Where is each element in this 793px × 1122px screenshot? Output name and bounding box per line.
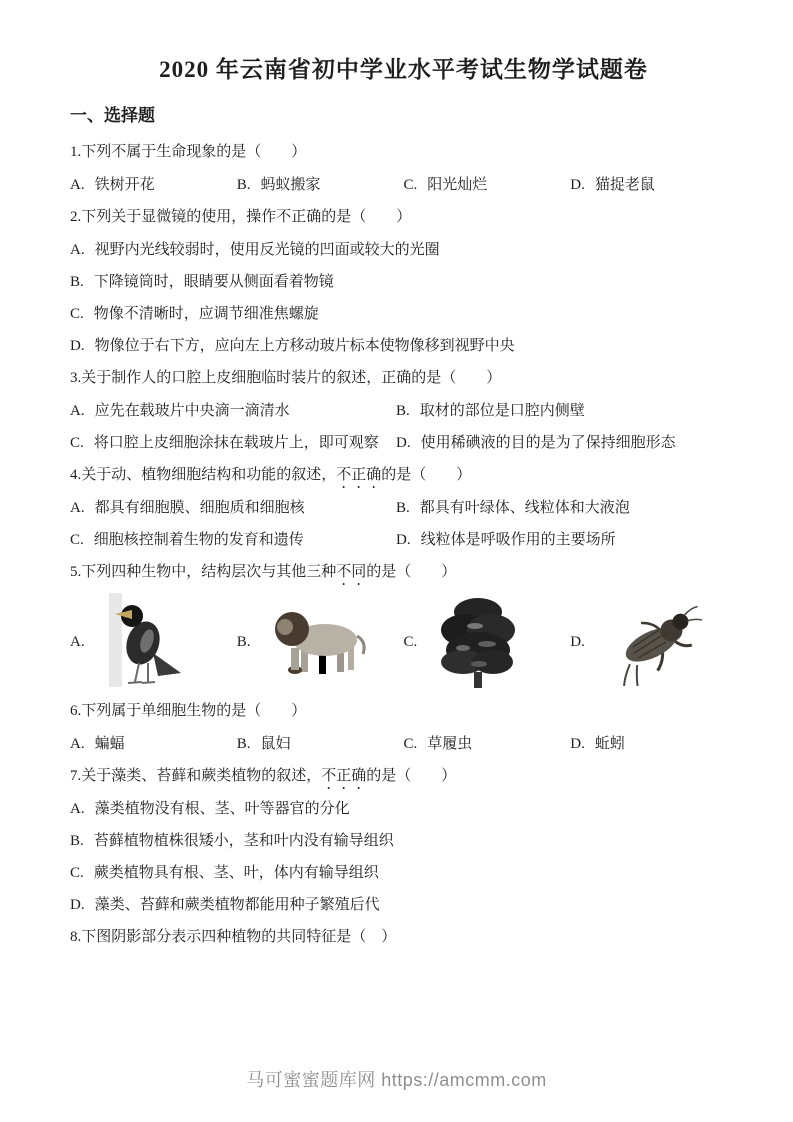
question-5-number: 5. <box>70 564 81 580</box>
question-2: 2.下列关于显微镜的使用，操作不正确的是（ ） <box>70 201 737 234</box>
question-1-option-b: B.蚂蚁搬家 <box>237 169 404 201</box>
question-2-options: A.视野内光线较弱时，使用反光镜的凹面或较大的光圈 B.下降镜筒时，眼睛要从侧面… <box>70 234 737 362</box>
question-1-option-a: A.铁树开花 <box>70 169 237 201</box>
question-4-option-c: C.细胞核控制着生物的发育和遗传 <box>70 524 396 556</box>
question-2-option-b: B.下降镜筒时，眼睛要从侧面看着物镜 <box>70 266 737 298</box>
question-3-option-b: B.取材的部位是口腔内侧壁 <box>396 395 737 427</box>
question-7-option-b: B.苔藓植物植株很矮小，茎和叶内没有输导组织 <box>70 825 737 857</box>
page-title: 2020 年云南省初中学业水平考试生物学试题卷 <box>70 54 737 86</box>
question-3-option-a: A.应先在载玻片中央滴一滴清水 <box>70 395 396 427</box>
question-7-option-d: D.藻类、苔藓和蕨类植物都能用种子繁殖后代 <box>70 889 737 921</box>
question-2-option-d: D.物像位于右下方，应向左上方移动玻片标本使物像移到视野中央 <box>70 330 737 362</box>
question-2-option-c: C.物像不清晰时，应调节细准焦螺旋 <box>70 298 737 330</box>
question-7-option-c: C.蕨类植物具有根、茎、叶，体内有输导组织 <box>70 857 737 889</box>
question-6-number: 6. <box>70 703 81 719</box>
insect-image <box>603 598 711 686</box>
question-8: 8.下图阴影部分表示四种植物的共同特征是（ ） <box>70 921 737 954</box>
exam-paper-page: 2020 年云南省初中学业水平考试生物学试题卷 一、选择题 1.下列不属于生命现… <box>0 0 793 1122</box>
question-1-text: 下列不属于生命现象的是（ ） <box>81 144 306 160</box>
tree-image <box>435 592 521 692</box>
question-6-option-b: B.鼠妇 <box>237 728 404 760</box>
question-5-options: A. B. <box>70 589 737 695</box>
question-6-option-a: A.蝙蝠 <box>70 728 237 760</box>
question-4-options: A.都具有细胞膜、细胞质和细胞核 B.都具有叶绿体、线粒体和大液泡 C.细胞核控… <box>70 492 737 556</box>
question-1: 1.下列不属于生命现象的是（ ） <box>70 136 737 169</box>
question-1-number: 1. <box>70 144 81 160</box>
bird-image <box>103 593 185 691</box>
question-5-option-c: C. <box>404 592 571 692</box>
question-4-option-d: D.线粒体是呼吸作用的主要场所 <box>396 524 737 556</box>
question-4: 4.关于动、植物细胞结构和功能的叙述，不正确的是（ ） <box>70 459 737 492</box>
question-6: 6.下列属于单细胞生物的是（ ） <box>70 695 737 728</box>
lion-image <box>269 602 369 682</box>
question-4-option-a: A.都具有细胞膜、细胞质和细胞核 <box>70 492 396 524</box>
watermark-footer: 马可蜜蜜题库网 https://amcmm.com <box>0 1066 793 1092</box>
question-6-text: 下列属于单细胞生物的是（ ） <box>81 703 306 719</box>
question-2-option-a: A.视野内光线较弱时，使用反光镜的凹面或较大的光圈 <box>70 234 737 266</box>
question-5-option-d: D. <box>570 598 737 686</box>
question-1-options: A.铁树开花 B.蚂蚁搬家 C.阳光灿烂 D.猫捉老鼠 <box>70 169 737 201</box>
question-6-option-d: D.蚯蚓 <box>570 728 737 760</box>
question-7-number: 7. <box>70 768 81 784</box>
question-8-number: 8. <box>70 929 81 945</box>
question-1-option-c: C.阳光灿烂 <box>404 169 571 201</box>
question-4-option-b: B.都具有叶绿体、线粒体和大液泡 <box>396 492 737 524</box>
question-3-number: 3. <box>70 370 81 386</box>
question-5: 5.下列四种生物中，结构层次与其他三种不同的是（ ） <box>70 556 737 589</box>
question-6-options: A.蝙蝠 B.鼠妇 C.草履虫 D.蚯蚓 <box>70 728 737 760</box>
section-heading: 一、选择题 <box>70 102 737 130</box>
question-5-option-b: B. <box>237 602 404 682</box>
question-7-options: A.藻类植物没有根、茎、叶等器官的分化 B.苔藓植物植株很矮小，茎和叶内没有输导… <box>70 793 737 921</box>
question-5-emphasized-text: 不同 <box>336 564 366 580</box>
exam-content: 2020 年云南省初中学业水平考试生物学试题卷 一、选择题 1.下列不属于生命现… <box>0 0 793 954</box>
question-3: 3.关于制作人的口腔上皮细胞临时装片的叙述，正确的是（ ） <box>70 362 737 395</box>
question-2-text: 下列关于显微镜的使用，操作不正确的是（ ） <box>81 209 411 225</box>
question-7-option-a: A.藻类植物没有根、茎、叶等器官的分化 <box>70 793 737 825</box>
question-1-option-d: D.猫捉老鼠 <box>570 169 737 201</box>
question-5-text: 下列四种生物中，结构层次与其他三种 <box>81 564 336 580</box>
question-7-emphasized-text: 不正确 <box>321 768 366 784</box>
question-5-option-a: A. <box>70 593 237 691</box>
question-7-text: 关于藻类、苔藓和蕨类植物的叙述， <box>81 768 321 784</box>
question-4-text: 关于动、植物细胞结构和功能的叙述， <box>81 467 336 483</box>
question-4-number: 4. <box>70 467 81 483</box>
question-3-option-c: C.将口腔上皮细胞涂抹在载玻片上，即可观察 <box>70 427 396 459</box>
question-3-option-d: D.使用稀碘液的目的是为了保持细胞形态 <box>396 427 737 459</box>
question-3-text: 关于制作人的口腔上皮细胞临时装片的叙述，正确的是（ ） <box>81 370 501 386</box>
question-4-emphasized-text: 不正确 <box>336 467 381 483</box>
question-7: 7.关于藻类、苔藓和蕨类植物的叙述，不正确的是（ ） <box>70 760 737 793</box>
question-6-option-c: C.草履虫 <box>404 728 571 760</box>
question-8-text: 下图阴影部分表示四种植物的共同特征是（ ） <box>81 929 396 945</box>
question-2-number: 2. <box>70 209 81 225</box>
question-3-options: A.应先在载玻片中央滴一滴清水 B.取材的部位是口腔内侧壁 C.将口腔上皮细胞涂… <box>70 395 737 459</box>
